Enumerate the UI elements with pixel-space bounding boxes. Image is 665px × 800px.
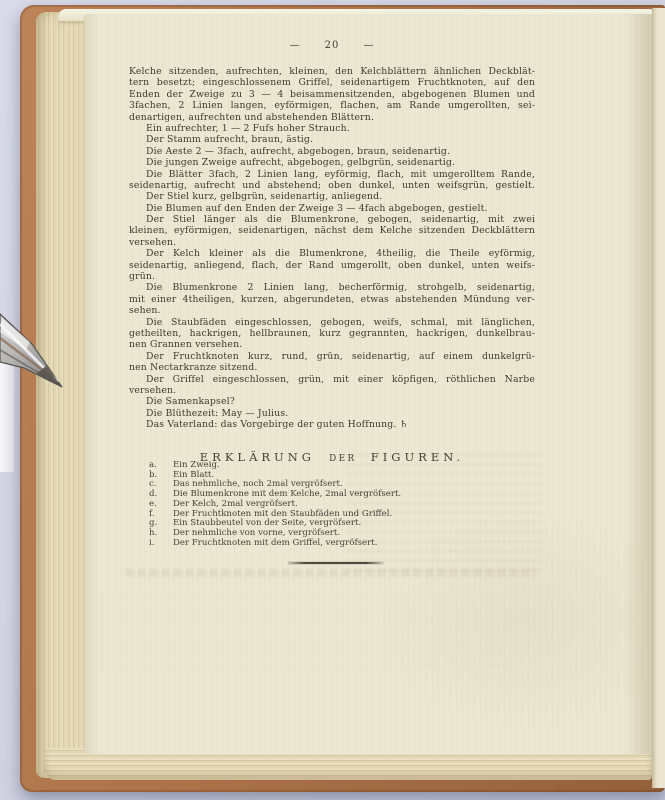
header-dash-left: — [290,40,301,51]
figure-text: Das nehmliche, noch 2mal vergröfsert. [173,479,343,489]
text-line: Die Blätter 3fach, 2 Linien lang, eyförm… [129,169,535,180]
text-line: 3fachen, 2 Linien langen, eyförmigen, fl… [129,100,535,111]
text-line: nen Grannen versehen. [129,339,535,350]
book-gutter [652,8,665,788]
dip-pen [0,302,78,406]
text-line: mit einer 4theiligen, kurzen, abgerundet… [129,294,535,305]
figure-text: Ein Staubbeutel von der Seite, vergröfse… [173,518,361,528]
text-line: versehen. [129,385,535,396]
figure-item: i.Der Fruchtknoten mit dem Griffel, verg… [149,539,549,549]
text-line: Der Stiel länger als die Blumenkrone, ge… [129,214,535,225]
text-line: seidenartig, aufrecht und abstehend; obe… [129,180,535,191]
text-line: kleinen, eyförmigen, seidenartigen, näch… [129,225,535,236]
text-line: seidenartig, anliegend, flach, der Rand … [129,260,535,271]
text-line: tern besetzt; eingeschlossenem Griffel, … [129,77,535,88]
text-line: Die Staubfäden eingeschlossen, gebogen, … [129,317,535,328]
text-line: Die jungen Zweige aufrecht, abgebogen, g… [129,157,535,168]
text-line: nen Nectarkranze sitzend. [129,362,535,373]
text-line: Die Samenkapsel? [129,396,535,407]
show-through-texture [100,598,530,668]
figure-text: Der nehmliche von vorne, vergröfsert. [173,528,340,538]
figures-list: a.Ein Zweig.b.Ein Blatt.c.Das nehmliche,… [149,461,549,548]
body-text: Kelche sitzenden, aufrechten, kleinen, d… [129,66,535,431]
text-line: Der Fruchtknoten kurz, rund, grün, seide… [129,351,535,362]
figure-text: Der Fruchtknoten mit den Staubfäden und … [173,509,392,519]
end-rule [288,562,383,564]
text-line: getheilten, hackrigen, hellbraunen, kurz… [129,328,535,339]
text-line: Die Blumen auf den Enden der Zweige 3 — … [129,203,535,214]
text-line: Das Vaterland: das Vorgebirge der guten … [129,419,535,430]
text-line: Die Blüthezeit: May — Julius. [129,408,535,419]
page-header: — 20 — [129,40,535,51]
figure-text: Der Fruchtknoten mit dem Griffel, vergrö… [173,538,377,548]
text-line: Der Stamm aufrecht, braun, ästig. [129,134,535,145]
figure-text: Ein Zweig. [173,460,220,470]
text-line: grün. [129,271,535,282]
text-line: Der Kelch kleiner als die Blumenkrone, 4… [129,248,535,259]
text-line: Ein aufrechter, 1 — 2 Fufs hoher Strauch… [129,123,535,134]
text-line: sehen. [129,305,535,316]
figure-text: Ein Blatt. [173,470,214,480]
page-number: 20 [325,40,340,51]
header-dash-right: — [363,40,374,51]
show-through-line [126,569,536,577]
figure-text: Der Kelch, 2mal vergröfsert. [173,499,298,509]
text-line: Enden der Zweige zu 3 — 4 beisammensitze… [129,89,535,100]
text-line: Der Griffel eingeschlossen, grün, mit ei… [129,374,535,385]
figure-text: Die Blumenkrone mit dem Kelche, 2mal ver… [173,489,401,499]
text-line: versehen. [129,237,535,248]
text-line: Kelche sitzenden, aufrechten, kleinen, d… [129,66,535,77]
figure-letter: i. [149,539,173,549]
text-line: Der Stiel kurz, gelbgrün, seidenartig, a… [129,191,535,202]
text-line: Die Aeste 2 — 3fach, aufrecht, abgebogen… [129,146,535,157]
text-line: denartigen, aufrechten und abstehenden B… [129,112,535,123]
text-line: Die Blumenkrone 2 Linien lang, becherför… [129,282,535,293]
